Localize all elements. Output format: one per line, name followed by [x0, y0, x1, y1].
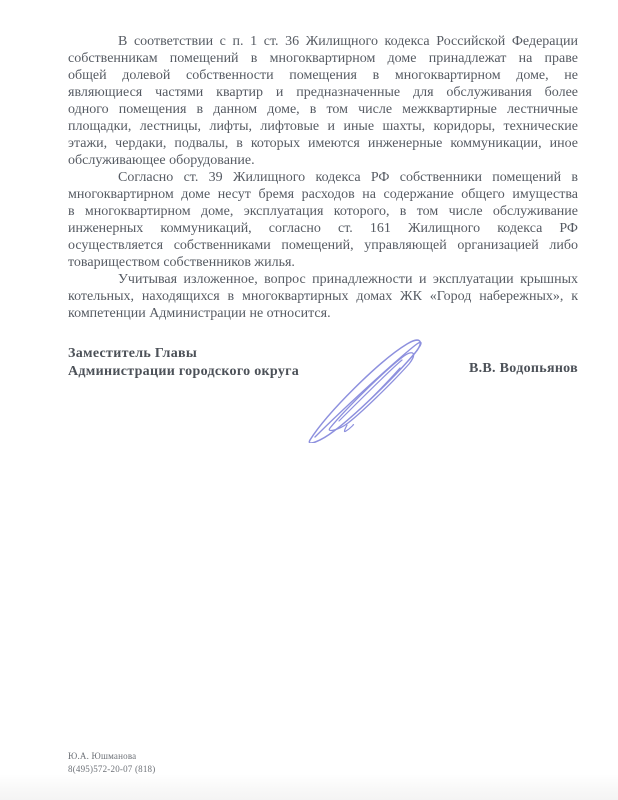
paragraph-line: являющиеся частями квартир и предназначе… — [68, 84, 578, 101]
signer-title-line1: Заместитель Главы — [68, 345, 299, 363]
paragraph-line: одного помещения в данном доме, в том чи… — [68, 101, 578, 118]
handwritten-signature — [303, 337, 431, 443]
paragraph-line: многоквартирном доме несут бремя расходо… — [68, 186, 578, 203]
paragraph-line: этажи, чердаки, подвалы, в которых имеют… — [68, 135, 578, 152]
paragraph-line: Учитывая изложенное, вопрос принадлежнос… — [68, 271, 578, 288]
paragraph-line: общей долевой собственности помещения в … — [68, 67, 578, 84]
paragraph: Согласно ст. 39 Жилищного кодекса РФ соб… — [68, 169, 578, 271]
paragraph-line: площадки, лестницы, лифты, лифтовые и ин… — [68, 118, 578, 135]
executor-name: Ю.А. Юшманова — [68, 750, 155, 763]
paragraph-line: товариществом собственников жилья. — [68, 254, 578, 271]
paragraph-line: осуществляется собственниками помещений,… — [68, 237, 578, 254]
paragraph-line: собственникам помещений в многоквартирно… — [68, 50, 578, 67]
paragraph-line: обслуживающее оборудование. — [68, 152, 578, 169]
paragraph-line: инженерных коммуникаций, согласно ст. 16… — [68, 220, 578, 237]
paragraph-line: Согласно ст. 39 Жилищного кодекса РФ соб… — [68, 169, 578, 186]
paragraph-line: компетенции Администрации не относится. — [68, 305, 578, 322]
signer-title: Заместитель Главы Администрации городско… — [68, 345, 299, 380]
executor-phone: 8(495)572-20-07 (818) — [68, 763, 155, 776]
document-page: В соответствии с п. 1 ст. 36 Жилищного к… — [0, 0, 618, 800]
signer-title-line2: Администрации городского округа — [68, 363, 299, 381]
paragraph: Учитывая изложенное, вопрос принадлежнос… — [68, 271, 578, 322]
page-bottom-shadow — [0, 774, 618, 800]
signer-name: В.В. Водопьянов — [469, 361, 578, 377]
paragraph-line: котельных, находящихся в многоквартирных… — [68, 288, 578, 305]
paragraph-line: в многоквартирном доме, эксплуатация кот… — [68, 203, 578, 220]
executor-info: Ю.А. Юшманова 8(495)572-20-07 (818) — [68, 750, 155, 775]
letter-body: В соответствии с п. 1 ст. 36 Жилищного к… — [68, 33, 578, 322]
paragraph: В соответствии с п. 1 ст. 36 Жилищного к… — [68, 33, 578, 169]
paragraph-line: В соответствии с п. 1 ст. 36 Жилищного к… — [68, 33, 578, 50]
